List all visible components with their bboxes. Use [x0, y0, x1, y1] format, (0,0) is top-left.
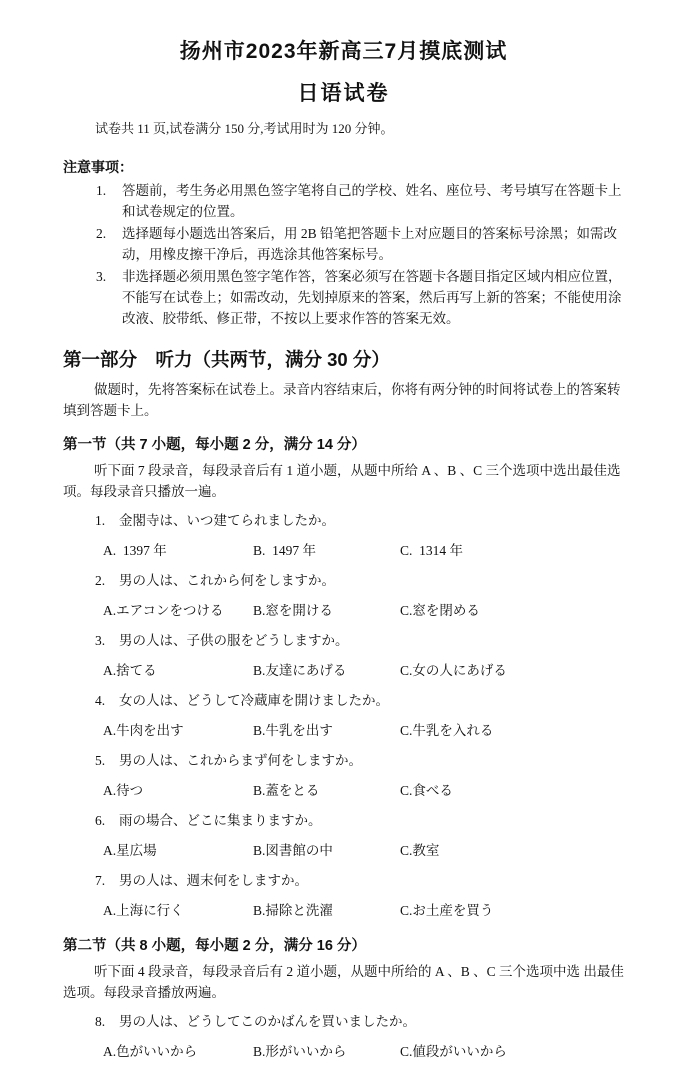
question-number: 7.: [95, 870, 119, 892]
section1-heading: 第一节（共 7 小题，每小题 2 分，满分 14 分）: [63, 435, 624, 456]
part1-heading: 第一部分 听力（共两节，满分 30 分）: [63, 347, 624, 373]
question-text: 金閣寺は、いつ建てられましたか。: [119, 510, 624, 532]
question-number: 1.: [95, 510, 119, 532]
question-number: 6.: [95, 810, 119, 832]
option-c: C.値段がいいから: [400, 1041, 624, 1063]
notice-number: 1.: [96, 180, 122, 222]
option-c: C.女の人にあげる: [400, 660, 624, 682]
option-a: A.牛肉を出す: [103, 720, 253, 742]
question-number: 3.: [95, 630, 119, 652]
option-b: B.牛乳を出す: [253, 720, 400, 742]
notice-number: 2.: [96, 223, 122, 265]
option-b: B. 1497 年: [253, 540, 400, 562]
notice-text: 答题前，考生务必用黑色签字笔将自己的学校、姓名、座位号、考号填写在答题卡上和试卷…: [122, 180, 624, 222]
question-text: 女の人は、どうして冷蔵庫を開けましたか。: [119, 690, 624, 712]
option-b: B.図書館の中: [253, 840, 400, 862]
option-a: A.捨てる: [103, 660, 253, 682]
option-b: B.窓を開ける: [253, 600, 400, 622]
notice-text: 选择题每小题选出答案后，用 2B 铅笔把答题卡上对应题目的答案标号涂黑；如需改动…: [122, 223, 624, 265]
question-text: 男の人は、子供の服をどうしますか。: [119, 630, 624, 652]
notices-heading: 注意事项：: [63, 157, 624, 178]
option-a: A.エアコンをつける: [103, 600, 253, 622]
option-b: B.掃除と洗濯: [253, 900, 400, 922]
section1: 第一节（共 7 小题，每小题 2 分，满分 14 分） 听下面 7 段录音，每段…: [63, 435, 624, 922]
option-c: C.教室: [400, 840, 624, 862]
question-number: 2.: [95, 570, 119, 592]
question-4: 4. 女の人は、どうして冷蔵庫を開けましたか。 A.牛肉を出す B.牛乳を出す …: [63, 690, 624, 742]
notices-section: 注意事项： 1. 答题前，考生务必用黑色签字笔将自己的学校、姓名、座位号、考号填…: [63, 157, 624, 329]
paper-subtitle: 日语试卷: [63, 80, 624, 108]
question-text: 男の人は、これから何をしますか。: [119, 570, 624, 592]
question-7: 7. 男の人は、週末何をしますか。 A.上海に行く B.掃除と洗濯 C.お土産を…: [63, 870, 624, 922]
option-c: C.窓を閉める: [400, 600, 624, 622]
option-a: A. 1397 年: [103, 540, 253, 562]
question-number: 8.: [95, 1011, 119, 1033]
notice-text: 非选择题必须用黑色签字笔作答，答案必须写在答题卡各题目指定区域内相应位置，不能写…: [122, 266, 624, 329]
option-b: B.友達にあげる: [253, 660, 400, 682]
question-text: 男の人は、これからまず何をしますか。: [119, 750, 624, 772]
question-number: 4.: [95, 690, 119, 712]
option-c: C.牛乳を入れる: [400, 720, 624, 742]
paper-meta: 试卷共 11 页,试卷满分 150 分,考试用时为 120 分钟。: [63, 118, 624, 139]
notice-item: 2. 选择题每小题选出答案后，用 2B 铅笔把答题卡上对应题目的答案标号涂黑；如…: [96, 223, 624, 265]
paper-title: 扬州市2023年新高三7月摸底测试: [63, 38, 624, 66]
section2: 第二节（共 8 小题，每小题 2 分，满分 16 分） 听下面 4 段录音，每段…: [63, 936, 624, 1063]
option-c: C.食べる: [400, 780, 624, 802]
option-a: A.上海に行く: [103, 900, 253, 922]
option-b: B.形がいいから: [253, 1041, 400, 1063]
exam-paper: 扬州市2023年新高三7月摸底测试 日语试卷 试卷共 11 页,试卷满分 150…: [0, 0, 688, 1083]
question-number: 5.: [95, 750, 119, 772]
question-text: 男の人は、どうしてこのかばんを買いましたか。: [119, 1011, 624, 1033]
option-a: A.色がいいから: [103, 1041, 253, 1063]
option-c: C.お土産を買う: [400, 900, 624, 922]
question-6: 6. 雨の場合、どこに集まりますか。 A.星広場 B.図書館の中 C.教室: [63, 810, 624, 862]
section2-heading: 第二节（共 8 小题，每小题 2 分，满分 16 分）: [63, 936, 624, 957]
question-5: 5. 男の人は、これからまず何をしますか。 A.待つ B.蓋をとる C.食べる: [63, 750, 624, 802]
notice-number: 3.: [96, 266, 122, 329]
option-a: A.待つ: [103, 780, 253, 802]
question-3: 3. 男の人は、子供の服をどうしますか。 A.捨てる B.友達にあげる C.女の…: [63, 630, 624, 682]
part1-listening-section: 第一部分 听力（共两节，满分 30 分） 做题时，先将答案标在试卷上。录音内容结…: [63, 347, 624, 1063]
section1-intro: 听下面 7 段录音，每段录音后有 1 道小题，从题中所给 A 、B 、C 三个选…: [63, 460, 624, 502]
notice-item: 3. 非选择题必须用黑色签字笔作答，答案必须写在答题卡各题目指定区域内相应位置，…: [96, 266, 624, 329]
question-1: 1. 金閣寺は、いつ建てられましたか。 A. 1397 年 B. 1497 年 …: [63, 510, 624, 562]
question-2: 2. 男の人は、これから何をしますか。 A.エアコンをつける B.窓を開ける C…: [63, 570, 624, 622]
option-a: A.星広場: [103, 840, 253, 862]
question-text: 男の人は、週末何をしますか。: [119, 870, 624, 892]
option-c: C. 1314 年: [400, 540, 624, 562]
question-8: 8. 男の人は、どうしてこのかばんを買いましたか。 A.色がいいから B.形がい…: [63, 1011, 624, 1063]
part1-intro: 做题时，先将答案标在试卷上。录音内容结束后，你将有两分钟的时间将试卷上的答案转填…: [63, 379, 624, 421]
question-text: 雨の場合、どこに集まりますか。: [119, 810, 624, 832]
section2-intro: 听下面 4 段录音，每段录音后有 2 道小题，从题中所给的 A 、B 、C 三个…: [63, 961, 624, 1003]
notice-item: 1. 答题前，考生务必用黑色签字笔将自己的学校、姓名、座位号、考号填写在答题卡上…: [96, 180, 624, 222]
option-b: B.蓋をとる: [253, 780, 400, 802]
